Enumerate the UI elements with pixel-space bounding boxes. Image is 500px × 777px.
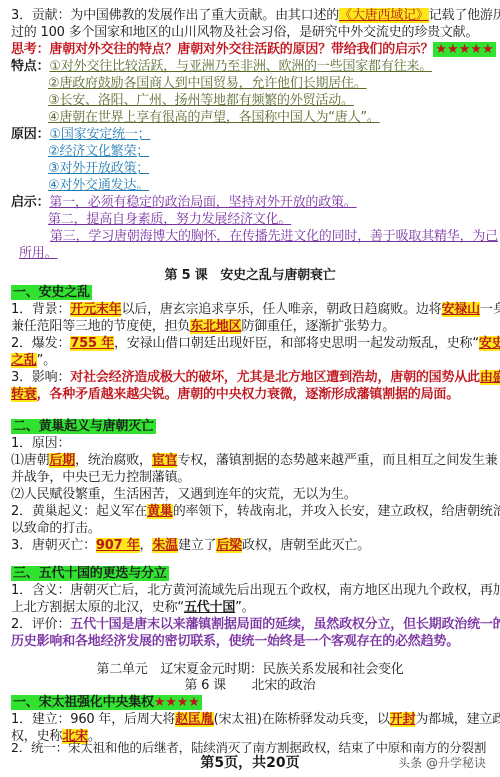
insight-item: 第一，必须有稳定的政治局面，坚持对外开放的政策。 [49,195,356,210]
reasons-line-1: 原因：①国家安定统一； [11,127,490,143]
effect-line-2: 转衰，各种矛盾越来越尖锐。唐朝的中央权力衰微，逐渐形成藩镇割据的局面。 [11,387,490,403]
section-2-head: 二、黄巢起义与唐朝灭亡 [11,419,156,434]
document-page: 3．贡献：为中国佛教的发展作出了重大贡献。由其口述的《大唐西域记》记载了他游历 … [0,0,500,777]
highlight: 黄巢 [147,504,173,519]
highlight: 赵匡胤 [175,712,213,727]
section-heading: 三、五代十国的更迭与分立 [11,566,490,582]
highlight: 755 年 [70,336,114,351]
highlight: 后梁 [216,538,242,553]
fall-line: 3．唐朝灭亡：907 年，朱温建立了后梁政权，唐朝至此灭亡。 [11,538,490,554]
highlight: 由盛 [480,370,500,385]
cause-1-line-1: ⑴唐朝后期，统治腐败，宦官专权，藩镇割据的态势越来越严重，而且相互之间发生兼 [11,453,490,469]
insight-item-cont: 所用。 [19,246,490,262]
reason-item: ③对外开放政策； [48,161,490,177]
feature-item: ③长安、洛阳、广州、扬州等地都有频繁的外贸活动。 [48,93,490,109]
text: 3．贡献：为中国佛教的发展作出了重大贡献。由其口述的 [11,8,339,23]
outbreak-line-1: 2．爆发：755 年，安禄山借口朝廷出现奸臣，和部将史思明一起发动叛乱，史称“安… [11,336,490,352]
cause-1-line-2: 并战争，中央已无力控制藩镇。 [11,470,490,486]
highlight-book-title: 《大唐西域记》 [339,8,429,23]
insight-item: 第三，学习唐朝海博大的胸怀，在传播先进文化的同时，善于吸取其精华，为己 [50,229,490,245]
section-heading: 二、黄巢起义与唐朝灭亡 [11,419,490,435]
section-1-head: 一、安史之乱 [11,285,92,300]
feature-item: ①对外交往比较活跃，与亚洲乃至非洲、欧洲的一些国家都有往来。 [49,59,432,74]
highlight: 之乱 [11,353,37,368]
highlight: 东北地区 [190,319,241,334]
highlight: 开元末年 [70,302,121,317]
highlight: 宦官 [152,453,178,468]
evaluation-line-1: 2．评价：五代十国是唐末以来藩镇割据局面的延续，虽然政权分立，但长期政治统一的 [11,617,490,633]
effect-line-1: 3．影响：对社会经济造成极大的破坏，尤其是北方地区遭到浩劫，唐朝的国势从此由盛 [11,370,490,386]
background-line-1: 1．背景：开元末年以后，唐玄宗追求享乐，任人唯亲，朝政日趋腐败。边将安禄山一身 [11,302,490,318]
highlight: 朱温 [152,538,178,553]
meaning-line-1: 1．含义：唐朝灭亡后，北方黄河流域先后出现五个政权，南方地区出现九个政权，再加 [11,583,490,599]
section-3-head: 三、五代十国的更迭与分立 [11,566,169,581]
reason-item: ①国家安定统一； [49,127,150,142]
contribution-line-2: 过的 100 多个国家和地区的山川风物及社会习俗，是研究中外交流史的珍贵文献。 [11,25,490,41]
section-1-head-l6: 一、宋太祖强化中央集权★★★★ [11,695,202,710]
section-heading: 一、安史之乱 [11,285,490,301]
highlight: 开封 [390,712,416,727]
feature-item: ②唐政府鼓励各国商人到中国贸易，允许他们长期居住。 [48,76,490,92]
cause-2: ⑵人民赋役繁重，生活困苦，又遇到连年的灾荒，无以为生。 [11,487,490,503]
unit-2-title: 第二单元 辽宋夏金元时期：民族关系发展和社会变化 [0,662,500,678]
lesson-5-title: 第 5 课 安史之乱与唐朝衰亡 [0,268,500,284]
reason-item: ②经济文化繁荣； [48,144,490,160]
term-wudai-shiguo: 五代十国 [184,600,235,615]
section-heading: 一、宋太祖强化中央集权★★★★ [11,695,490,711]
feature-item: ④唐朝在世界上享有很高的声望，各国称中国人为“唐人”。 [48,110,490,126]
insights-label: 启示： [11,195,49,210]
text: 记载了他游历 [429,8,500,23]
highlight: 安史 [479,336,500,351]
reasons-label: 原因： [11,127,49,142]
huangchao-line-2: 以致命的打击。 [11,521,490,537]
features-line-1: 特点：①对外交往比较活跃，与亚洲乃至非洲、欧洲的一些国家都有往来。 [11,59,490,75]
features-label: 特点： [11,59,49,74]
huangchao-line-1: 2．黄巢起义：起义军在黄巢的率领下，转战南北，并攻入长安，建立政权，给唐朝统治 [11,504,490,520]
background-line-2: 兼任范阳等三地的节度使，担负东北地区防御重任，逐渐扩张势力。 [11,319,490,335]
evaluation-line-2: 历史影响和各地经济发展的密切联系，使统一始终是一个客观存在的必然趋势。 [11,634,490,650]
think-question: 思考：唐朝对外交往的特点？唐朝对外交往活跃的原因？带给我们的启示？★★★★★ [11,42,490,58]
stars-rating-icon: ★★★★ [154,695,200,710]
meaning-line-2: 上北方割据太原的北汉，史称“五代十国”。 [11,600,490,616]
insight-item: 第二，提高自身素质，努力发展经济文化。 [48,212,490,228]
reason-item: ④对外交通发达。 [48,178,490,194]
outbreak-line-2: 之乱”。 [11,353,490,369]
insights-line-1: 启示：第一，必须有稳定的政治局面，坚持对外开放的政策。 [11,195,490,211]
highlight: 后期 [49,453,75,468]
lesson-6-title: 第 6 课 北宋的政治 [0,678,500,694]
establish-line-1: 1．建立：960 年，后周大将赵匡胤(宋太祖)在陈桥驿发动兵变，以开封为都城，建… [11,712,490,728]
stars-rating-icon: ★★★★★ [433,42,495,57]
highlight: 安禄山 [442,302,480,317]
watermark: 头条 @升学秘诀 [398,754,486,771]
highlight: 907 年 [96,538,140,553]
highlight: 转衰 [11,387,37,402]
think-text: 思考：唐朝对外交往的特点？唐朝对外交往活跃的原因？带给我们的启示？ [11,42,433,57]
contribution-line-1: 3．贡献：为中国佛教的发展作出了重大贡献。由其口述的《大唐西域记》记载了他游历 [11,8,490,24]
cause-label: 1．原因： [11,436,490,452]
